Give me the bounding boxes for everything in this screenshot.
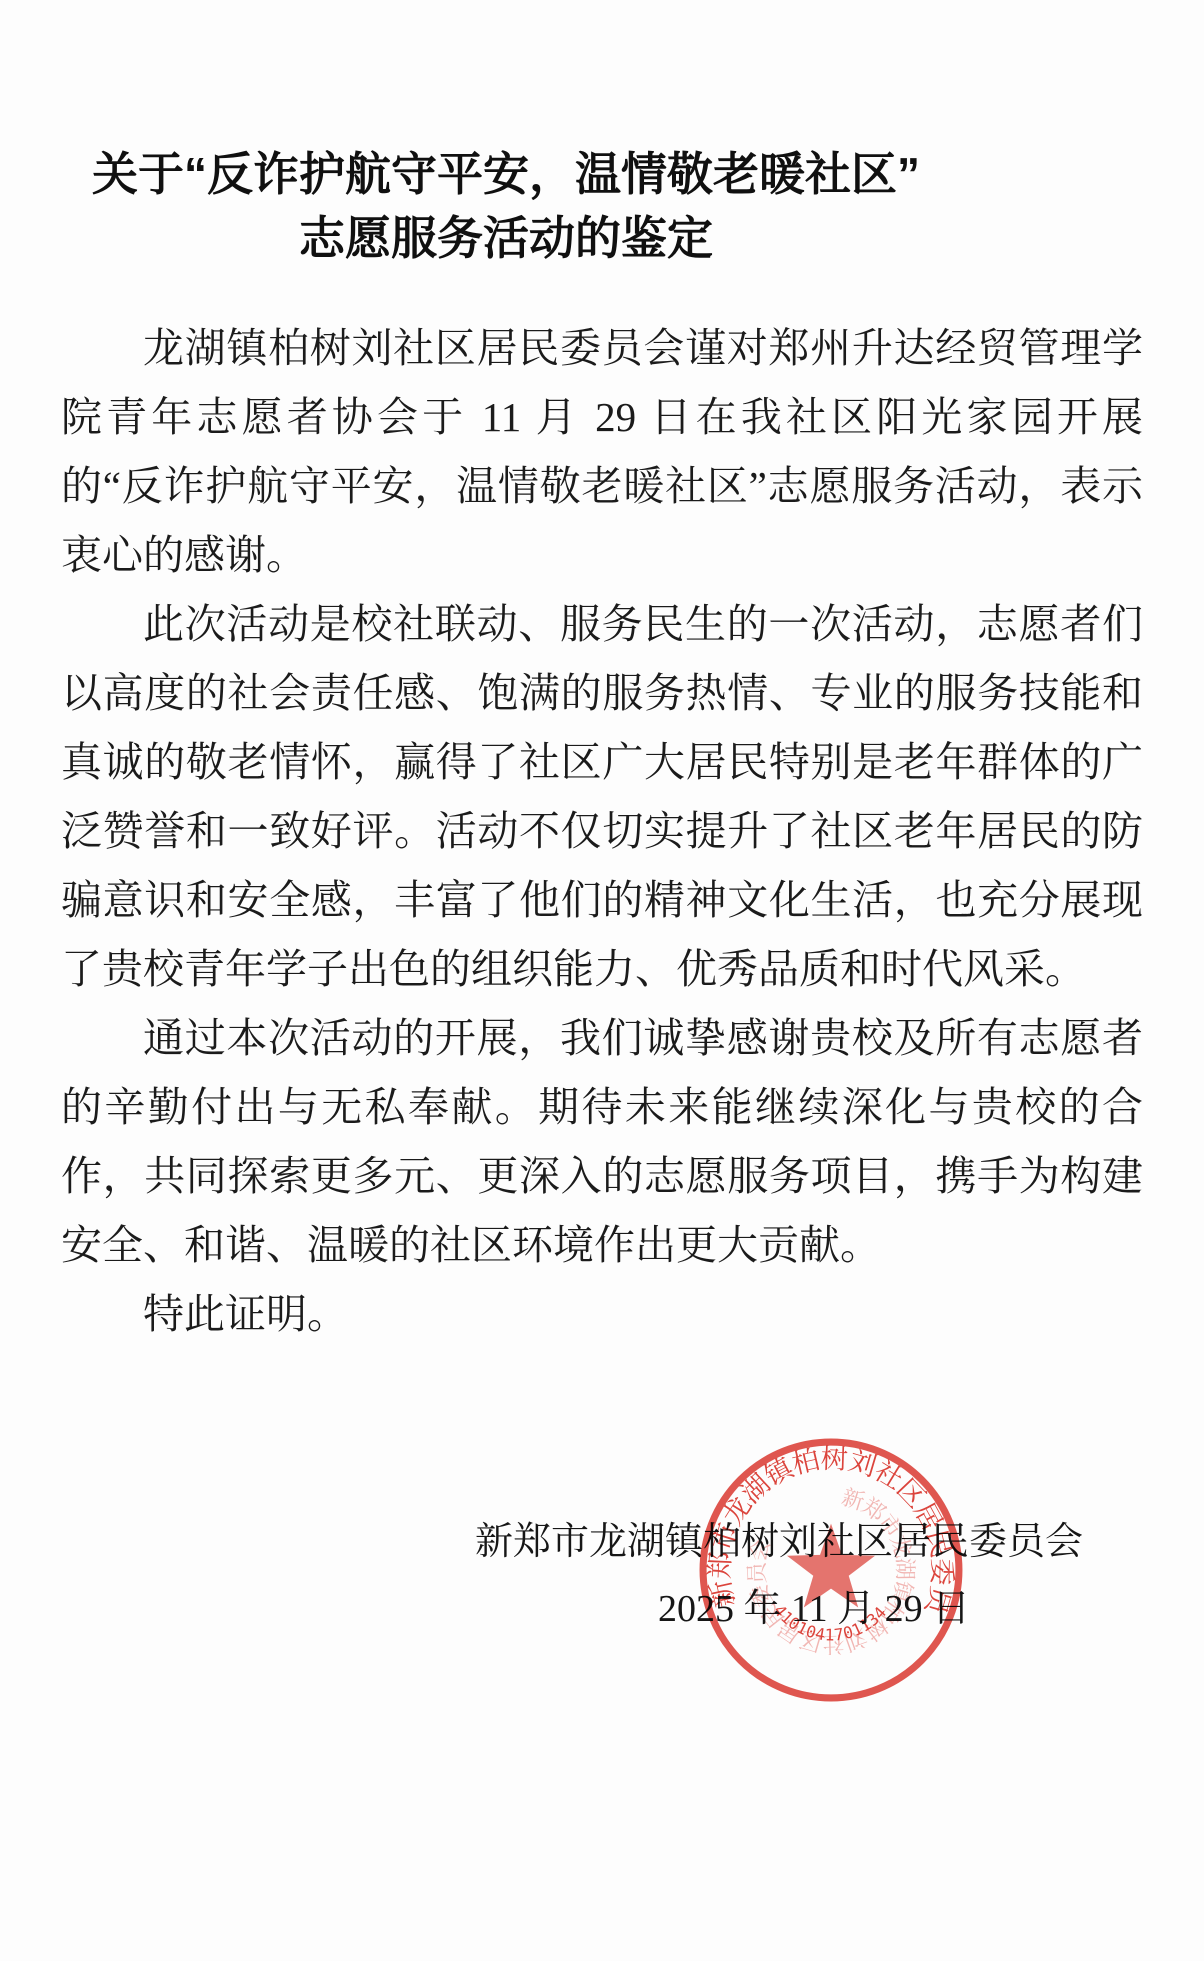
seal-stamp-graphic: 新郑市龙湖镇柏树刘社区居民委员会 4101041701134 新郑市龙湖镇柏树刘… xyxy=(695,1434,967,1706)
page-title: 关于“反诈护航守平安，温情敬老暖社区” 志愿服务活动的鉴定 xyxy=(48,142,964,270)
official-seal-stamp: 新郑市龙湖镇柏树刘社区居民委员会 4101041701134 新郑市龙湖镇柏树刘… xyxy=(695,1434,967,1706)
title-line-1: 关于“反诈护航守平安，温情敬老暖社区” xyxy=(92,148,920,200)
paragraph-certify: 特此证明。 xyxy=(61,1280,1143,1349)
star-icon xyxy=(787,1524,875,1608)
letter-body: 龙湖镇柏树刘社区居民委员会谨对郑州升达经贸管理学院青年志愿者协会于 11 月 2… xyxy=(61,314,1143,1349)
certificate-document: 关于“反诈护航守平安，温情敬老暖社区” 志愿服务活动的鉴定 龙湖镇柏树刘社区居民… xyxy=(0,0,1204,1961)
paragraph-thanks: 龙湖镇柏树刘社区居民委员会谨对郑州升达经贸管理学院青年志愿者协会于 11 月 2… xyxy=(61,314,1143,590)
title-line-2: 志愿服务活动的鉴定 xyxy=(299,212,713,264)
paragraph-activity-review: 此次活动是校社联动、服务民生的一次活动，志愿者们以高度的社会责任感、饱满的服务热… xyxy=(61,590,1143,1004)
paragraph-future-cooperation: 通过本次活动的开展，我们诚挚感谢贵校及所有志愿者的辛勤付出与无私奉献。期待未来能… xyxy=(61,1004,1143,1280)
